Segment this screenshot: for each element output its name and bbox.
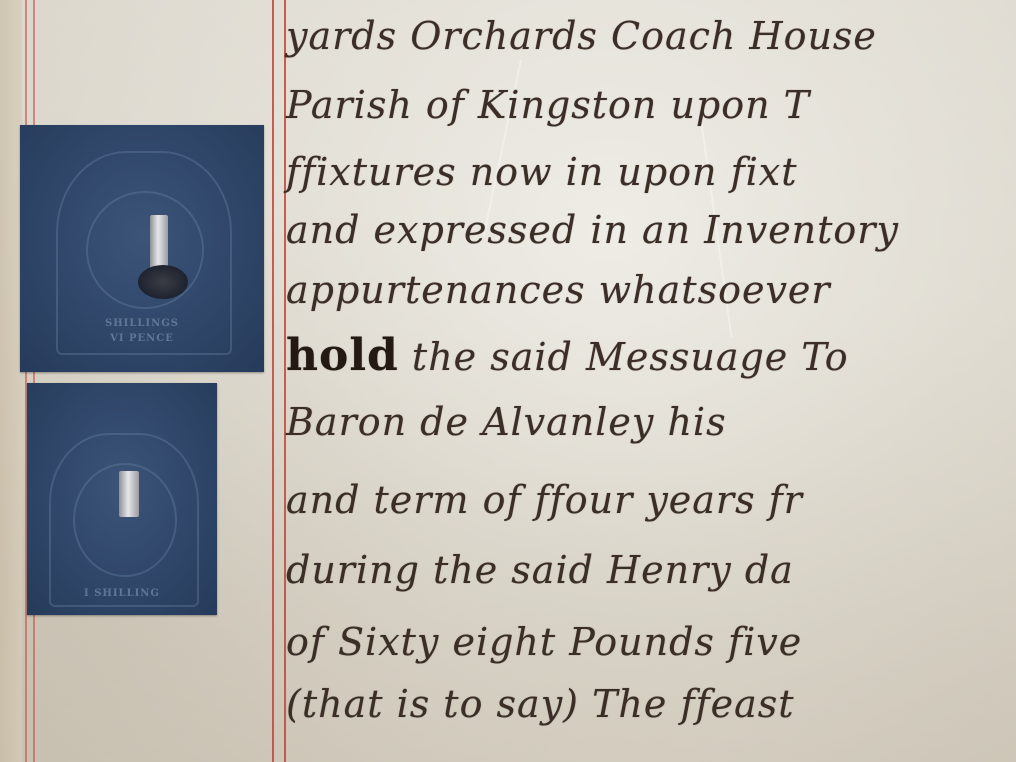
foil-seal-blob xyxy=(138,265,188,299)
script-line: (that is to say) The ffeast xyxy=(286,682,795,726)
left-margin-rule-2 xyxy=(33,0,35,762)
text-margin-rule-1 xyxy=(272,0,274,762)
script-line: during the said Henry da xyxy=(286,548,794,592)
revenue-stamp-upper: SHILLINGS VI PENCE xyxy=(20,125,264,372)
script-line: of Sixty eight Pounds five xyxy=(286,620,802,664)
silver-foil-tab xyxy=(119,471,139,517)
stamp-legend-line: VI PENCE xyxy=(20,333,264,344)
script-line: Parish of Kingston upon T xyxy=(286,83,810,127)
script-line: appurtenances whatsoever xyxy=(286,268,831,312)
script-line: and expressed in an Inventory xyxy=(286,208,899,252)
script-line: and term of ffour years fr xyxy=(286,478,803,522)
script-line: ffixtures now in upon fixt xyxy=(286,150,798,194)
left-margin-rule-1 xyxy=(25,0,27,762)
parchment-left-edge xyxy=(0,0,22,762)
script-bold-word: hold xyxy=(286,330,399,381)
stamp-legend-line: I SHILLING xyxy=(27,588,217,599)
script-line: yards Orchards Coach House xyxy=(286,14,877,58)
revenue-stamp-lower: I SHILLING xyxy=(27,383,217,615)
script-line-rest: the said Messuage To xyxy=(412,335,849,379)
stamp-legend-line: SHILLINGS xyxy=(20,318,264,329)
script-line: hold the said Messuage To xyxy=(286,330,849,381)
script-line: Baron de Alvanley his xyxy=(286,400,727,444)
